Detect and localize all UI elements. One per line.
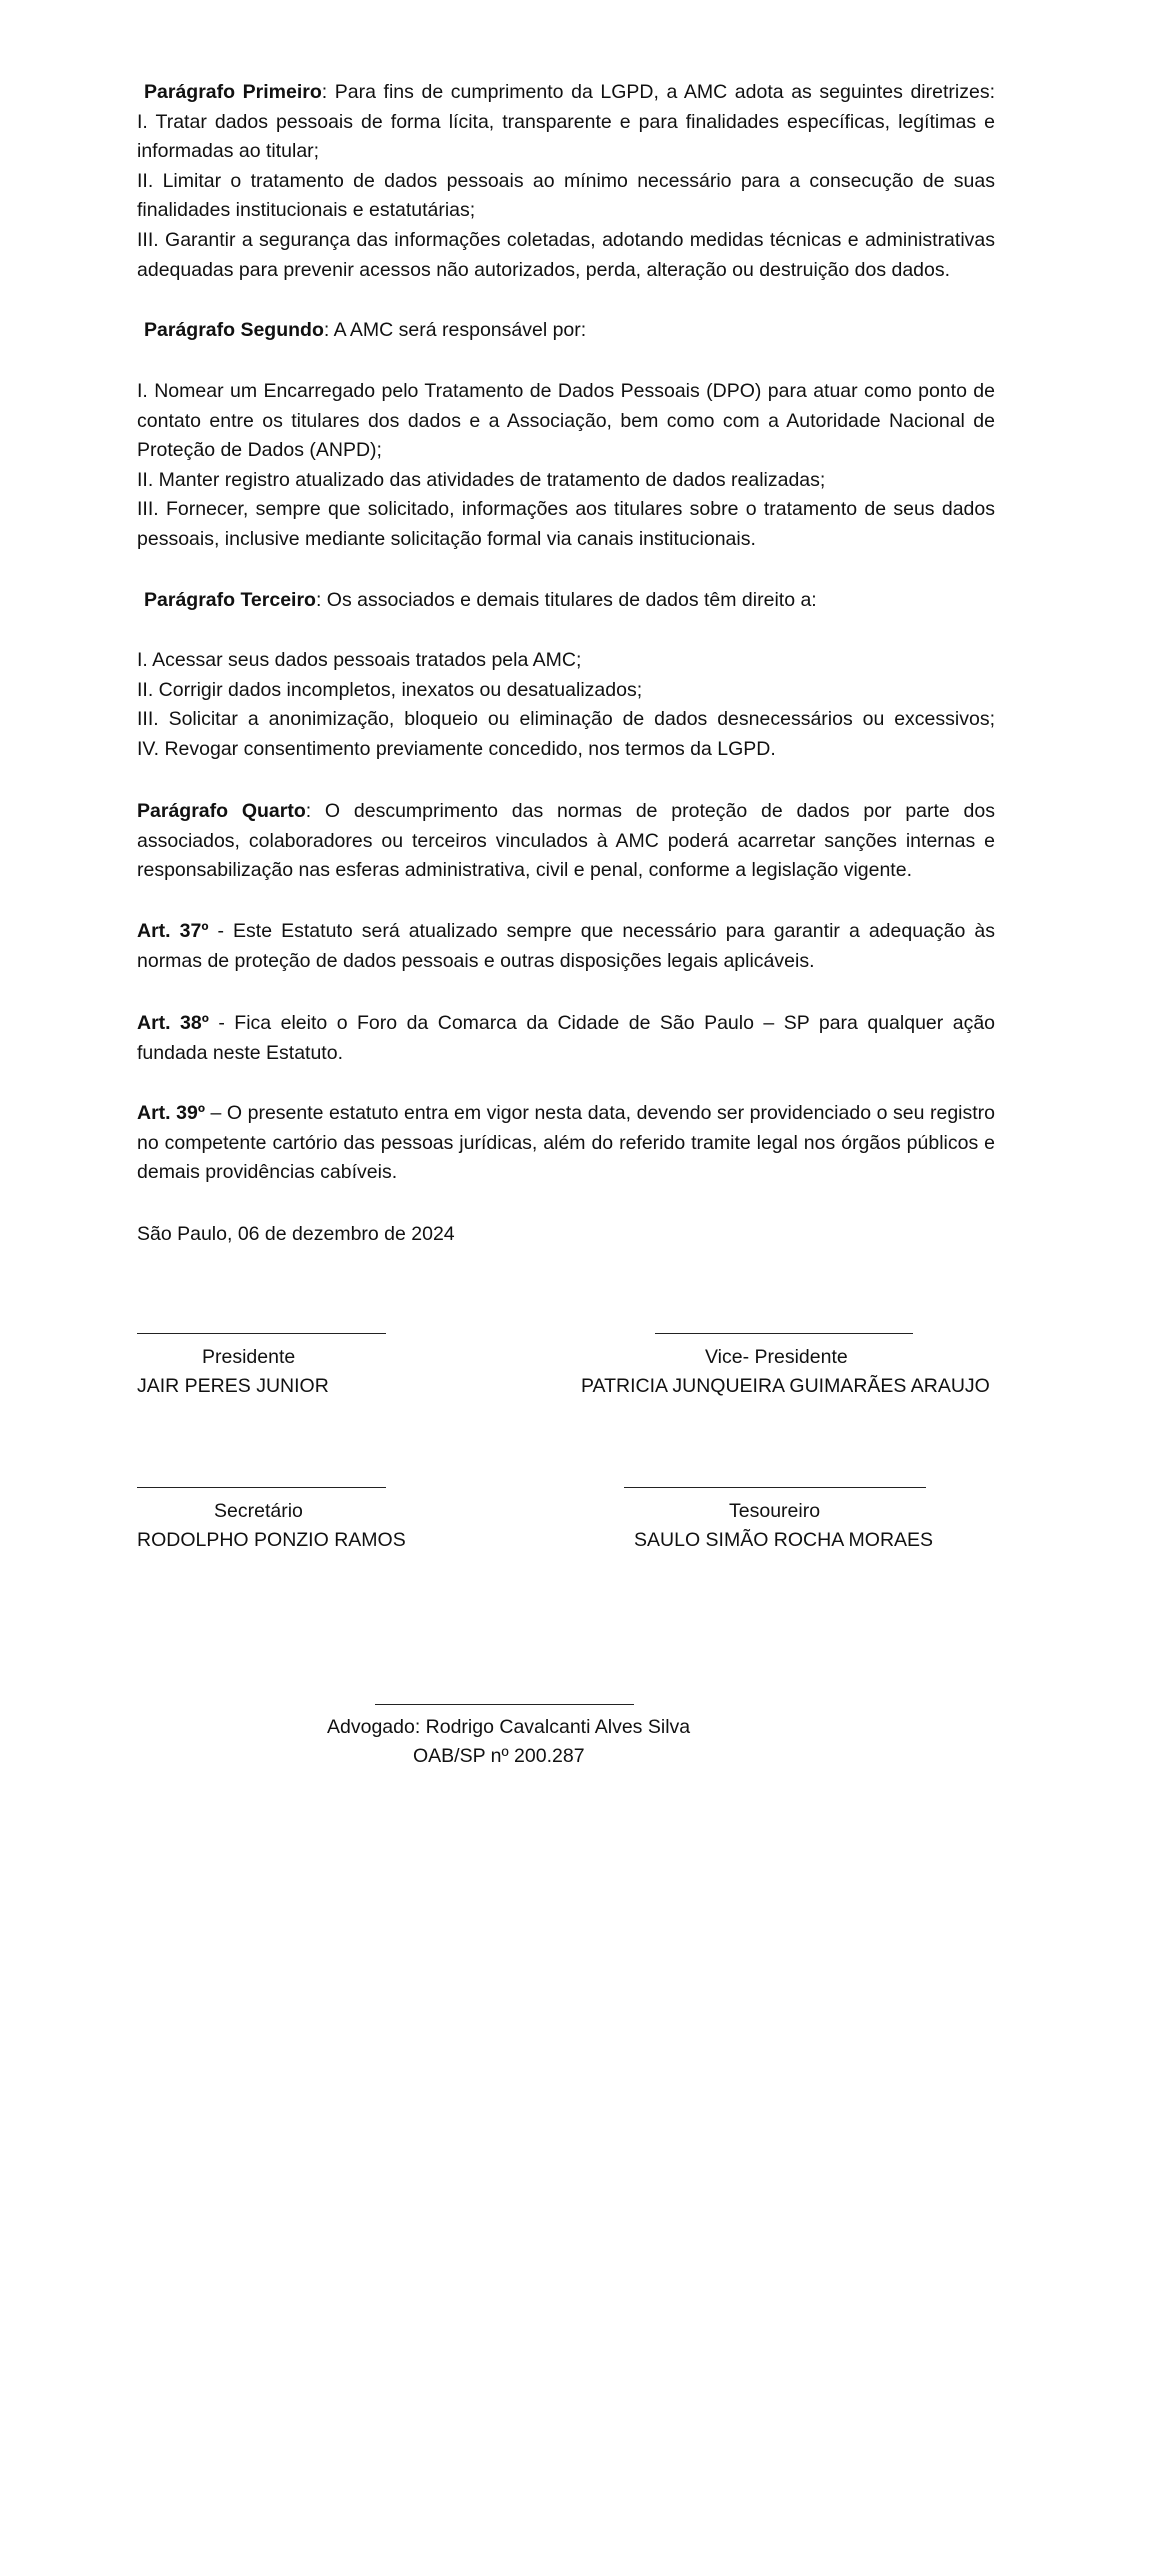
article-37-text: - Este Estatuto será atualizado sempre q… bbox=[137, 920, 995, 972]
paragrafo-primeiro: Parágrafo Primeiro: Para fins de cumprim… bbox=[137, 78, 995, 285]
article-37-label: Art. 37º bbox=[137, 920, 208, 942]
article-39: Art. 39º – O presente estatuto entra em … bbox=[137, 1099, 995, 1188]
signature-role-vice-presidente: Vice- Presidente bbox=[705, 1345, 848, 1369]
paragrafo-terceiro: Parágrafo Terceiro: Os associados e dema… bbox=[137, 586, 995, 616]
signature-name-vice-presidente: PATRICIA JUNQUEIRA GUIMARÃES ARAUJO bbox=[581, 1374, 990, 1398]
article-38: Art. 38º - Fica eleito o Foro da Comarca… bbox=[137, 1009, 995, 1068]
list-item: I. Acessar seus dados pessoais tratados … bbox=[137, 646, 995, 676]
paragrafo-segundo-items: I. Nomear um Encarregado pelo Tratamento… bbox=[137, 377, 995, 555]
article-39-text: – O presente estatuto entra em vigor nes… bbox=[137, 1102, 995, 1183]
list-item: II. Manter registro atualizado das ativi… bbox=[137, 466, 995, 496]
paragrafo-primeiro-label: Parágrafo Primeiro bbox=[144, 81, 322, 103]
signature-line-tesoureiro bbox=[624, 1487, 926, 1488]
article-39-label: Art. 39º bbox=[137, 1102, 205, 1124]
signature-name-secretario: RODOLPHO PONZIO RAMOS bbox=[137, 1528, 406, 1552]
signature-line-presidente bbox=[137, 1333, 386, 1334]
article-38-text: - Fica eleito o Foro da Comarca da Cidad… bbox=[137, 1012, 995, 1064]
list-item: I. Nomear um Encarregado pelo Tratamento… bbox=[137, 377, 995, 466]
date-line: São Paulo, 06 de dezembro de 2024 bbox=[137, 1220, 995, 1250]
article-37: Art. 37º - Este Estatuto será atualizado… bbox=[137, 917, 995, 976]
signature-name-presidente: JAIR PERES JUNIOR bbox=[137, 1374, 329, 1398]
paragrafo-segundo-label: Parágrafo Segundo bbox=[144, 319, 324, 341]
list-item: II. Limitar o tratamento de dados pessoa… bbox=[137, 167, 995, 226]
signature-role-secretario: Secretário bbox=[214, 1499, 303, 1523]
signature-line-advogado bbox=[375, 1704, 634, 1705]
lawyer-name: Advogado: Rodrigo Cavalcanti Alves Silva bbox=[327, 1715, 690, 1739]
paragrafo-terceiro-intro: Parágrafo Terceiro: Os associados e dema… bbox=[137, 586, 995, 616]
list-item: III. Solicitar a anonimização, bloqueio … bbox=[137, 705, 995, 735]
list-item: III. Fornecer, sempre que solicitado, in… bbox=[137, 495, 995, 554]
signature-line-secretario bbox=[137, 1487, 386, 1488]
list-item: III. Garantir a segurança das informaçõe… bbox=[137, 226, 995, 285]
paragrafo-quarto-label: Parágrafo Quarto bbox=[137, 800, 306, 822]
paragrafo-primeiro-intro: Parágrafo Primeiro: Para fins de cumprim… bbox=[137, 78, 995, 108]
article-38-label: Art. 38º bbox=[137, 1012, 209, 1034]
list-item: II. Corrigir dados incompletos, inexatos… bbox=[137, 676, 995, 706]
signature-name-tesoureiro: SAULO SIMÃO ROCHA MORAES bbox=[634, 1528, 933, 1552]
paragrafo-terceiro-label: Parágrafo Terceiro bbox=[144, 589, 316, 611]
paragrafo-quarto: Parágrafo Quarto: O descumprimento das n… bbox=[137, 797, 995, 886]
paragrafo-segundo-intro: Parágrafo Segundo: A AMC será responsáve… bbox=[137, 316, 995, 346]
paragrafo-segundo: Parágrafo Segundo: A AMC será responsáve… bbox=[137, 316, 995, 346]
signature-role-presidente: Presidente bbox=[202, 1345, 295, 1369]
signature-role-tesoureiro: Tesoureiro bbox=[729, 1499, 820, 1523]
paragrafo-terceiro-items: I. Acessar seus dados pessoais tratados … bbox=[137, 646, 995, 764]
signature-line-vice-presidente bbox=[655, 1333, 913, 1334]
lawyer-oab: OAB/SP nº 200.287 bbox=[413, 1744, 585, 1768]
list-item: IV. Revogar consentimento previamente co… bbox=[137, 735, 995, 765]
list-item: I. Tratar dados pessoais de forma lícita… bbox=[137, 108, 995, 167]
